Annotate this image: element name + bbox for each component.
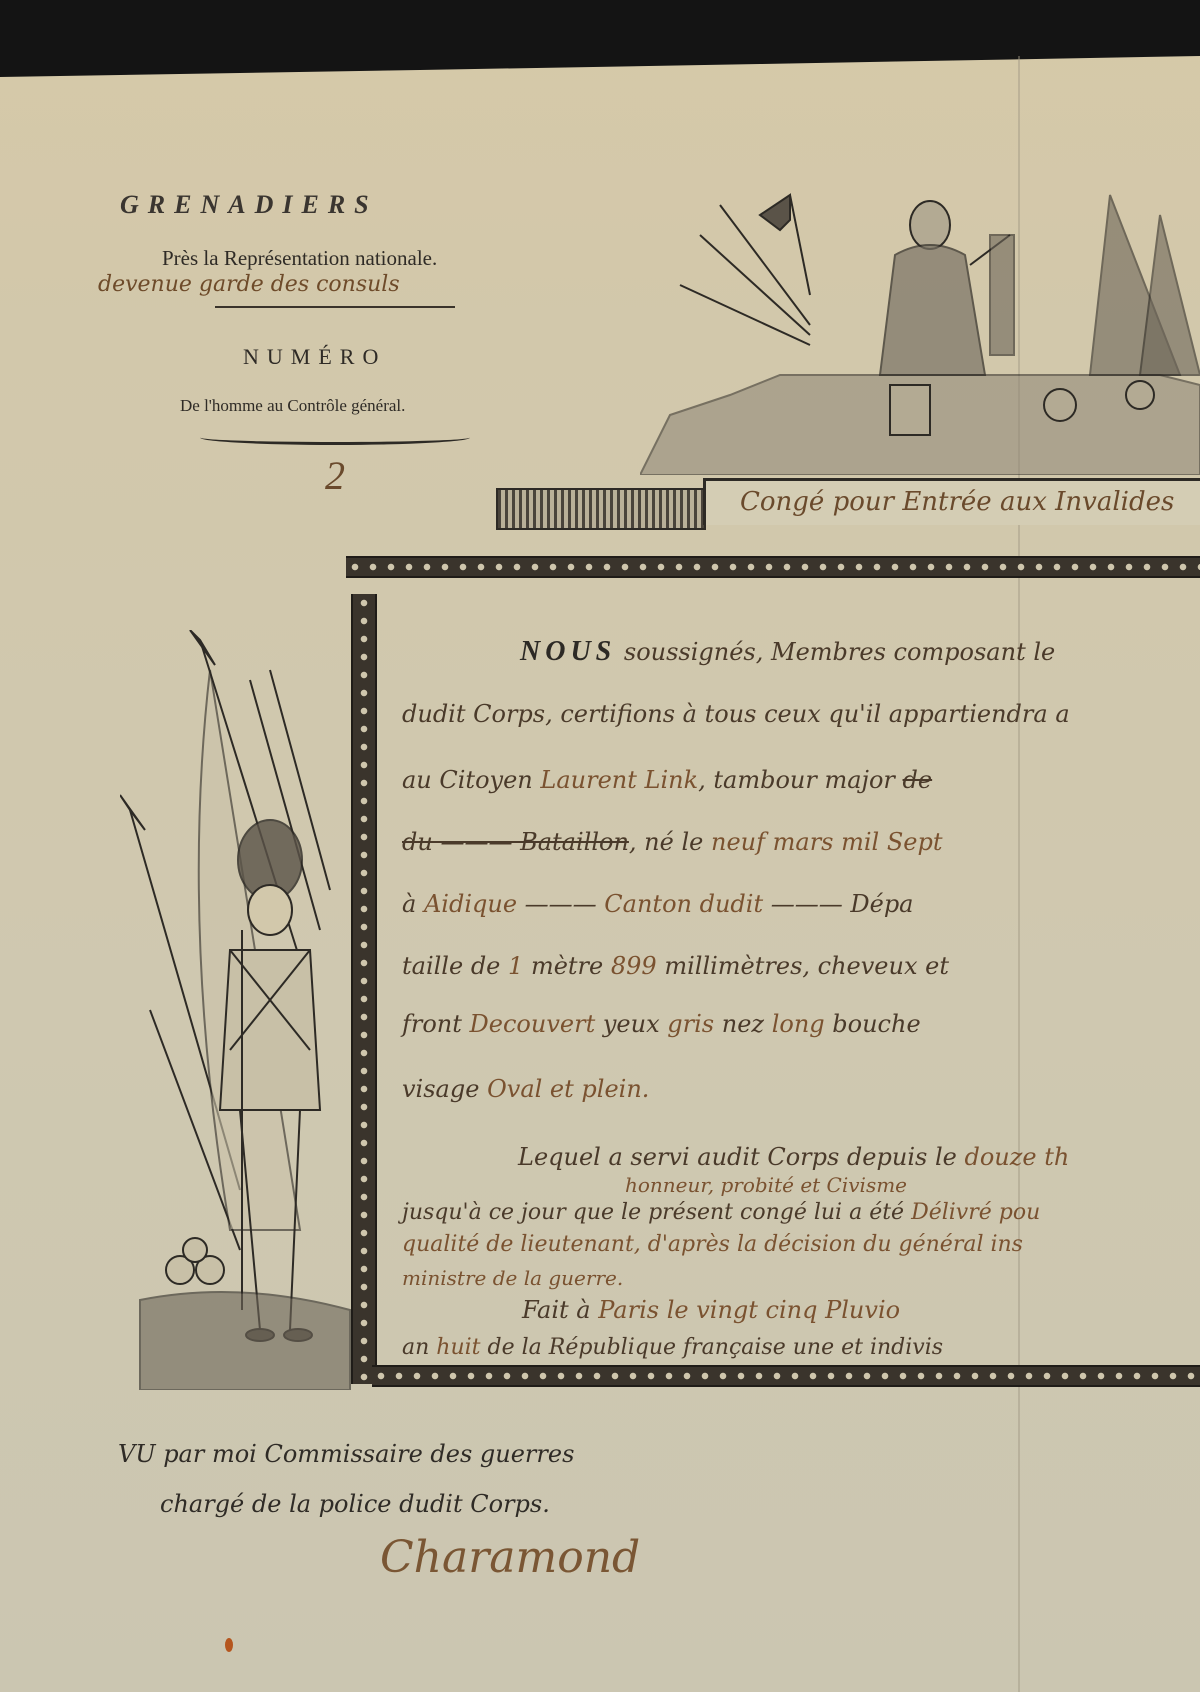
ink-stain bbox=[225, 1638, 233, 1652]
handwritten-annotation: devenue garde des consuls bbox=[98, 272, 400, 297]
struck-text: du ——— Bataillon bbox=[402, 828, 629, 856]
delivered: Délivré pou bbox=[911, 1200, 1040, 1225]
rank: , tambour major bbox=[698, 766, 895, 794]
signature: Charamond bbox=[380, 1532, 640, 1583]
frame-border-bottom bbox=[372, 1365, 1200, 1387]
body-text: nez bbox=[722, 1010, 764, 1038]
minister: ministre de la guerre. bbox=[402, 1266, 623, 1290]
grenadier-soldier-engraving bbox=[120, 630, 370, 1390]
virtue-note: honneur, probité et Civisme bbox=[625, 1173, 907, 1197]
body-text: yeux bbox=[603, 1010, 660, 1038]
body-line-11: jusqu'à ce jour que le présent congé lui… bbox=[402, 1200, 1040, 1225]
engraving-plinth bbox=[496, 488, 706, 530]
frame-border-top bbox=[346, 556, 1200, 578]
birth-date: neuf mars mil Sept bbox=[711, 828, 943, 856]
numero-value: 2 bbox=[325, 452, 345, 499]
corps-subtitle: Près la Représentation nationale. bbox=[162, 246, 437, 271]
body-line-12: qualité de lieutenant, d'après la décisi… bbox=[402, 1232, 1023, 1257]
header-rule bbox=[215, 306, 455, 308]
commissioner-line-1: VU par moi Commissaire des guerres bbox=[118, 1440, 574, 1468]
body-text: de la République française une et indivi… bbox=[488, 1335, 944, 1360]
body-text: bouche bbox=[832, 1010, 920, 1038]
body-line-10: honneur, probité et Civisme bbox=[625, 1173, 907, 1197]
republic-trophy-engraving bbox=[640, 175, 1200, 475]
citizen-name: Laurent Link bbox=[540, 766, 698, 794]
certificate-title-box: Congé pour Entrée aux Invalides bbox=[703, 478, 1200, 525]
body-line-7: front Decouvert yeux gris nez long bouch… bbox=[402, 1010, 921, 1038]
body-line-5: à Aidique ——— Canton dudit ——— Dépa bbox=[402, 890, 914, 918]
height-mm: 899 bbox=[611, 952, 657, 980]
brace-ornament bbox=[200, 430, 470, 445]
commissioner-line-2: chargé de la police dudit Corps. bbox=[160, 1490, 550, 1518]
body-text: taille de bbox=[402, 952, 500, 980]
body-text: Lequel a servi audit Corps depuis le bbox=[518, 1143, 957, 1171]
body-line-2: dudit Corps, certifions à tous ceux qu'i… bbox=[402, 700, 1070, 728]
eyes: gris bbox=[667, 1010, 714, 1038]
body-text: an bbox=[402, 1335, 429, 1360]
body-line-1: NOUS soussignés, Membres composant le bbox=[520, 636, 1055, 668]
body-text: au Citoyen bbox=[402, 766, 533, 794]
numero-label: NUMÉRO bbox=[243, 344, 386, 370]
face: Oval et plein. bbox=[487, 1075, 649, 1103]
service-date: douze th bbox=[964, 1143, 1069, 1171]
numero-description: De l'homme au Contrôle général. bbox=[180, 396, 405, 416]
body-text: millimètres, cheveux et bbox=[664, 952, 949, 980]
body-text: visage bbox=[402, 1075, 479, 1103]
body-text: mètre bbox=[531, 952, 603, 980]
body-line-6: taille de 1 mètre 899 millimètres, cheve… bbox=[402, 952, 949, 980]
body-text: Dépa bbox=[850, 890, 913, 918]
birth-place: Aidique bbox=[424, 890, 517, 918]
certificate-title: Congé pour Entrée aux Invalides bbox=[740, 487, 1174, 517]
nose: long bbox=[772, 1010, 825, 1038]
body-line-9: Lequel a servi audit Corps depuis le dou… bbox=[518, 1143, 1069, 1171]
year: huit bbox=[436, 1335, 480, 1360]
body-line-8: visage Oval et plein. bbox=[402, 1075, 649, 1103]
body-text: dudit Corps, certifions à tous ceux qu'i… bbox=[402, 700, 1070, 728]
body-line-3: au Citoyen Laurent Link, tambour major d… bbox=[402, 766, 932, 794]
body-text: front bbox=[402, 1010, 462, 1038]
height-m: 1 bbox=[508, 952, 523, 980]
nous-heading: NOUS bbox=[520, 636, 616, 667]
body-line-14: Fait à Paris le vingt cinq Pluvio bbox=[522, 1296, 900, 1324]
struck-text: de bbox=[903, 766, 933, 794]
corps-title: GRENADIERS bbox=[120, 190, 540, 220]
canton: Canton dudit bbox=[604, 890, 763, 918]
place-date: Paris le vingt cinq Pluvio bbox=[598, 1296, 900, 1324]
body-text: à bbox=[402, 890, 416, 918]
body-line-15: an huit de la République française une e… bbox=[402, 1335, 943, 1360]
body-line-4: du ——— Bataillon, né le neuf mars mil Se… bbox=[402, 828, 943, 856]
body-text: soussignés, Membres composant le bbox=[624, 638, 1055, 666]
body-text: Fait à bbox=[522, 1296, 591, 1324]
rank-decision: qualité de lieutenant, d'après la décisi… bbox=[402, 1232, 1023, 1257]
forehead: Decouvert bbox=[470, 1010, 596, 1038]
body-text: jusqu'à ce jour que le présent congé lui… bbox=[402, 1200, 904, 1225]
body-text: , né le bbox=[629, 828, 703, 856]
body-line-13: ministre de la guerre. bbox=[402, 1266, 623, 1290]
